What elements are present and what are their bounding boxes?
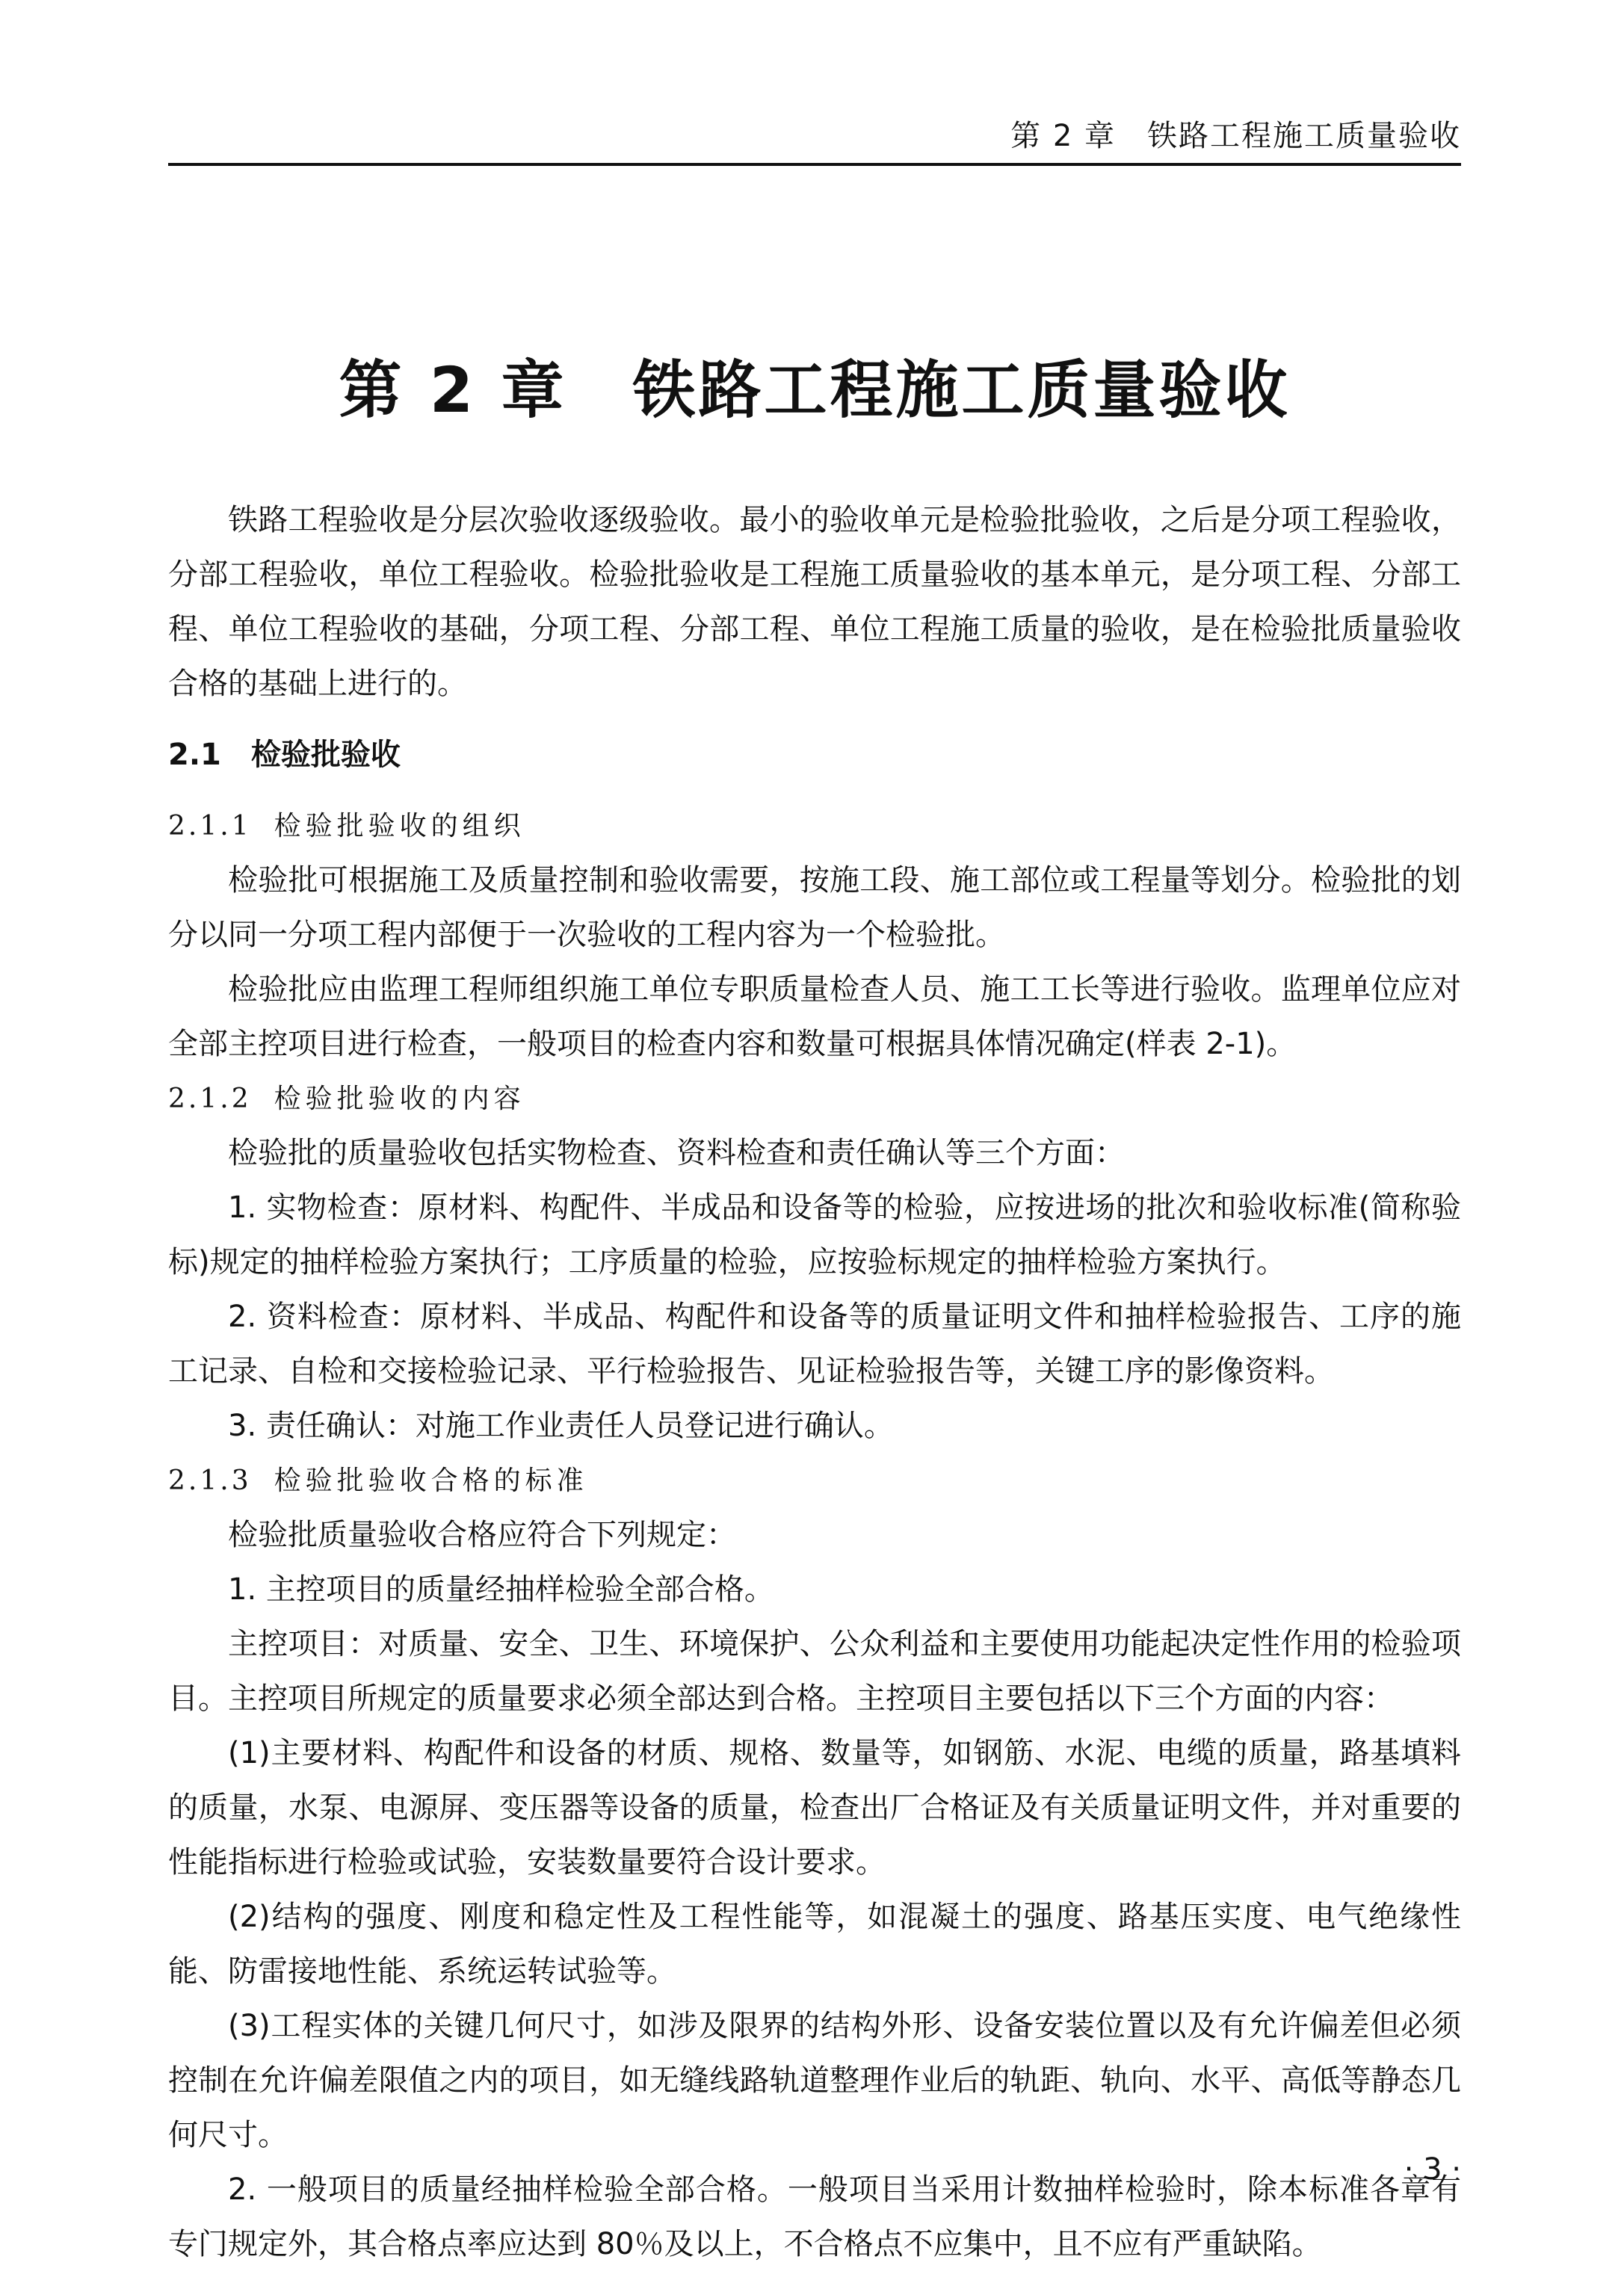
section-heading-2-1: 2.1检验批验收 — [168, 728, 1461, 782]
list-item: 3. 责任确认：对施工作业责任人员登记进行确认。 — [168, 1399, 1461, 1454]
list-item: (3)工程实体的关键几何尺寸，如涉及限界的结构外形、设备安装位置以及有允许偏差但… — [168, 1999, 1461, 2163]
list-item: 1. 实物检查：原材料、构配件、半成品和设备等的检验，应按进场的批次和验收标准(… — [168, 1181, 1461, 1290]
subsection-number: 2.1.3 — [168, 1465, 252, 1496]
list-item: 2. 资料检查：原材料、半成品、构配件和设备等的质量证明文件和抽样检验报告、工序… — [168, 1290, 1461, 1399]
page-body: 铁路工程验收是分层次验收逐级验收。最小的验收单元是检验批验收，之后是分项工程验收… — [168, 493, 1461, 2272]
list-item: (2)结构的强度、刚度和稳定性及工程性能等，如混凝土的强度、路基压实度、电气绝缘… — [168, 1890, 1461, 1999]
subsection-heading-2-1-2: 2.1.2检验批验收的内容 — [168, 1072, 1461, 1126]
paragraph: 检验批应由监理工程师组织施工单位专职质量检查人员、施工工长等进行验收。监理单位应… — [168, 963, 1461, 1072]
subsection-heading-2-1-3: 2.1.3检验批验收合格的标准 — [168, 1454, 1461, 1508]
paragraph: 检验批可根据施工及质量控制和验收需要，按施工段、施工部位或工程量等划分。检验批的… — [168, 853, 1461, 963]
list-item: 1. 主控项目的质量经抽样检验全部合格。 — [168, 1563, 1461, 1617]
intro-paragraph: 铁路工程验收是分层次验收逐级验收。最小的验收单元是检验批验收，之后是分项工程验收… — [168, 493, 1461, 711]
subsection-title: 检验批验收合格的标准 — [274, 1465, 588, 1496]
section-title: 检验批验收 — [251, 738, 401, 772]
header-rule — [168, 163, 1461, 166]
chapter-title: 第 2 章 铁路工程施工质量验收 — [168, 340, 1461, 430]
subsection-title: 检验批验收的组织 — [274, 811, 525, 841]
list-item: (1)主要材料、构配件和设备的材质、规格、数量等，如钢筋、水泥、电缆的质量，路基… — [168, 1726, 1461, 1890]
page-number: · 3 · — [168, 2152, 1461, 2187]
subsection-title: 检验批验收的内容 — [274, 1084, 525, 1114]
subsection-number: 2.1.2 — [168, 1084, 252, 1114]
paragraph: 主控项目：对质量、安全、卫生、环境保护、公众利益和主要使用功能起决定性作用的检验… — [168, 1617, 1461, 1726]
running-header: 第 2 章 铁路工程施工质量验收 — [168, 112, 1461, 155]
subsection-number: 2.1.1 — [168, 811, 252, 841]
paragraph: 检验批的质量验收包括实物检查、资料检查和责任确认等三个方面： — [168, 1126, 1461, 1181]
paragraph: 检验批质量验收合格应符合下列规定： — [168, 1508, 1461, 1563]
subsection-heading-2-1-1: 2.1.1检验批验收的组织 — [168, 799, 1461, 853]
section-number: 2.1 — [168, 738, 221, 772]
